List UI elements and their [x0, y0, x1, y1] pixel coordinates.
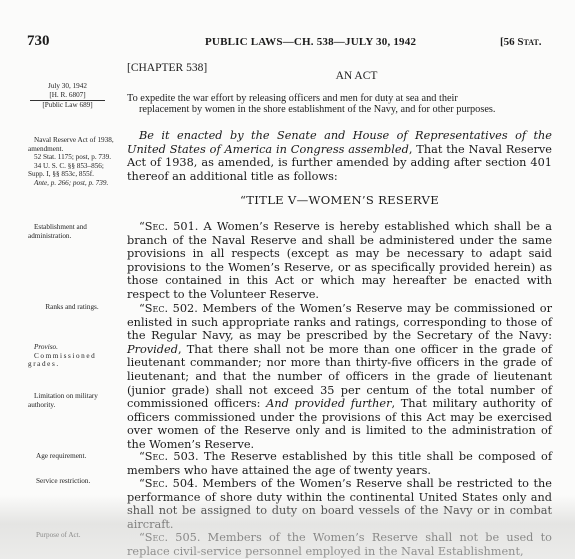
sidenote-age-text: Age requirement.: [36, 452, 86, 460]
sidenote-proviso-text: Proviso.: [28, 343, 116, 352]
sidenote-naval-reserve: Naval Reserve Act of 1938, amendment. 52…: [28, 136, 116, 187]
volume-abbrev: Stat.: [517, 36, 541, 48]
section-label: Sec. 501.: [145, 220, 199, 233]
sidenote-bill: [H. R. 6807]: [30, 91, 105, 100]
page-number: 730: [27, 33, 50, 50]
section-503: “Sec. 503. The Reserve established by th…: [127, 450, 552, 477]
section-504: “Sec. 504. Members of the Women’s Reserv…: [127, 477, 552, 531]
act-heading: AN ACT: [0, 70, 575, 82]
volume-reference: [56 Stat.: [500, 36, 542, 48]
purpose-rest: replacement by women in the shore establ…: [127, 105, 552, 116]
section-label: Sec. 505.: [145, 531, 201, 544]
sidenote-purpose-text: Purpose of Act.: [36, 531, 81, 539]
sidenote-service-text: Service restriction.: [36, 477, 90, 485]
title-heading: “TITLE V—WOMEN’S RESERVE: [127, 193, 552, 207]
section-505: “Sec. 505. Members of the Women’s Reserv…: [127, 531, 552, 558]
section-502: “Sec. 502. Members of the Women’s Reserv…: [127, 302, 552, 452]
sidenote-establishment: Establishment and administration.: [28, 223, 116, 240]
sidenote-ante: Ante, p. 266; post, p. 739.: [28, 179, 116, 188]
sidenote-citation-usc: 34 U. S. C. §§ 853–856; Supp. I, §§ 853c…: [28, 162, 116, 179]
sidenote-ranks-text: Ranks and ratings.: [45, 303, 98, 311]
section-label: Sec. 504.: [145, 477, 198, 490]
sidenote-amendment: Naval Reserve Act of 1938, amendment.: [28, 136, 116, 153]
sidenote-commissioned: Commissioned grades.: [28, 352, 116, 369]
sidenote-proviso: Proviso. Commissioned grades.: [28, 343, 116, 369]
sidenote-limitation: Limitation on military authority.: [28, 392, 116, 409]
act-heading-text: AN ACT: [336, 70, 378, 82]
section-label: Sec. 502.: [145, 302, 198, 315]
sidenote-purpose: Purpose of Act.: [36, 531, 124, 540]
sidenote-limitation-text: Limitation on military authority.: [28, 392, 116, 409]
sidenote-citation-52: 52 Stat. 1175; post, p. 739.: [28, 153, 116, 162]
running-head: PUBLIC LAWS—CH. 538—JULY 30, 1942: [205, 36, 416, 48]
sidenote-date: July 30, 1942 [H. R. 6807] [Public Law 6…: [30, 82, 105, 110]
proviso-word: Provided: [127, 343, 178, 356]
sidenote-ranks: Ranks and ratings.: [28, 303, 116, 312]
sidenote-public-law: [Public Law 689]: [30, 100, 105, 110]
sidenote-ante-text: Ante, p. 266; post, p. 739.: [34, 179, 108, 187]
section-label: Sec. 503.: [145, 450, 199, 463]
sidenote-service: Service restriction.: [36, 477, 124, 486]
purpose-line1: To expedite the war effort by releasing …: [127, 94, 552, 105]
enacting-clause: Be it enacted by the Senate and House of…: [127, 129, 552, 183]
section-501: “Sec. 501. A Women’s Reserve is hereby e…: [127, 220, 552, 302]
sidenote-date-text: July 30, 1942: [30, 82, 105, 91]
act-purpose: To expedite the war effort by releasing …: [127, 94, 552, 115]
volume-number: [56: [500, 36, 517, 48]
sidenote-age: Age requirement.: [36, 452, 124, 461]
sidenote-establishment-text: Establishment and administration.: [28, 223, 116, 240]
proviso-further: And provided further: [266, 397, 391, 410]
